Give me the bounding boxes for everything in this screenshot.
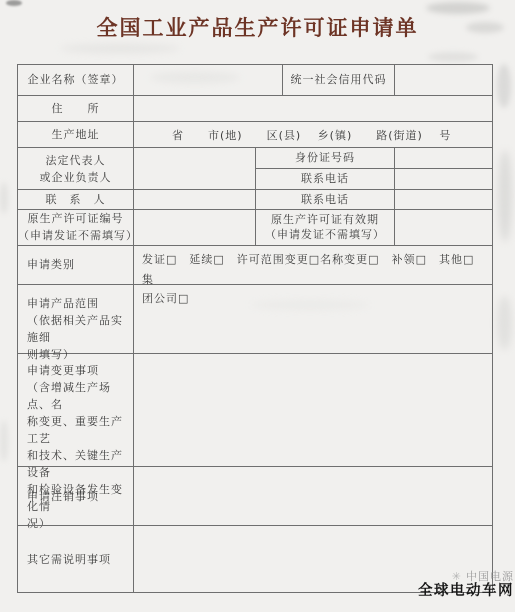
subrow-legal-rep-phone: 联系电话 bbox=[256, 169, 492, 189]
cancellation-items-label: 申请注销事项 bbox=[18, 467, 134, 526]
row-application-type: 申请类别 发证□ 延续□ 许可范围变更□名称变更□ 补领□ 其他□ 集 团公司□ bbox=[18, 246, 492, 285]
contact-person-field bbox=[134, 190, 256, 209]
legal-representative-label: 法定代表人 或企业负责人 bbox=[18, 148, 134, 189]
application-type-options: 发证□ 延续□ 许可范围变更□名称变更□ 补领□ 其他□ 集 团公司□ bbox=[134, 246, 492, 284]
original-license-number-field bbox=[134, 210, 256, 245]
production-address-field: 省 市(地) 区(县) 乡(镇) 路(街道) 号 bbox=[134, 122, 492, 148]
id-number-field bbox=[395, 148, 492, 168]
credit-code-label: 统一社会信用代码 bbox=[283, 65, 395, 95]
scan-artifact bbox=[0, 420, 8, 462]
contact-phone-field bbox=[395, 190, 492, 209]
row-production-address: 生产地址 省 市(地) 区(县) 乡(镇) 路(街道) 号 bbox=[18, 122, 492, 149]
product-scope-label: 申请产品范围 （依据相关产品实施细 则填写） bbox=[18, 285, 134, 353]
company-name-field bbox=[134, 65, 283, 95]
application-type-label: 申请类别 bbox=[18, 246, 134, 284]
scan-artifact bbox=[0, 182, 8, 214]
original-license-validity-field bbox=[395, 210, 492, 245]
contact-phone-label: 联系电话 bbox=[256, 190, 395, 209]
legal-rep-phone-label: 联系电话 bbox=[256, 169, 395, 189]
change-items-label: 申请变更事项 （含增减生产场点、名 称变更、重要生产工艺 和技术、关键生产设备 … bbox=[18, 354, 134, 466]
legal-representative-field bbox=[134, 148, 256, 189]
row-product-scope: 申请产品范围 （依据相关产品实施细 则填写） bbox=[18, 285, 492, 354]
watermark-brand-line: ✳中国电源 bbox=[418, 570, 514, 583]
row-legal-representative: 法定代表人 或企业负责人 身份证号码 联系电话 bbox=[18, 148, 492, 190]
other-notes-label: 其它需说明事项 bbox=[18, 526, 134, 592]
form-title: 全国工业产品生产许可证申请单 bbox=[0, 12, 515, 42]
original-license-number-label: 原生产许可证编号 （申请发证不需填写） bbox=[18, 210, 134, 245]
company-name-label: 企业名称（签章） bbox=[18, 65, 134, 95]
application-form-table: 企业名称（签章） 统一社会信用代码 住 所 生产地址 省 市(地) 区(县) 乡… bbox=[17, 64, 493, 593]
legal-rep-phone-field bbox=[395, 169, 492, 189]
watermark: ✳中国电源 全球电动车网 bbox=[418, 570, 514, 601]
change-items-field bbox=[134, 354, 492, 466]
residence-field bbox=[134, 96, 492, 121]
product-scope-field bbox=[134, 285, 492, 353]
scan-artifact bbox=[498, 150, 512, 242]
row-original-license: 原生产许可证编号 （申请发证不需填写） 原生产许可证有效期 （申请发证不需填写） bbox=[18, 210, 492, 246]
row-change-items: 申请变更事项 （含增减生产场点、名 称变更、重要生产工艺 和技术、关键生产设备 … bbox=[18, 354, 492, 467]
row-residence: 住 所 bbox=[18, 96, 492, 122]
id-number-label: 身份证号码 bbox=[256, 148, 395, 168]
row-contact-person: 联 系 人 联系电话 bbox=[18, 190, 492, 210]
scan-artifact bbox=[60, 44, 180, 53]
china-power-logo-icon: ✳ bbox=[452, 570, 462, 583]
watermark-site-text: 全球电动车网 bbox=[418, 583, 514, 600]
scanned-form-page: 全国工业产品生产许可证申请单 企业名称（签章） 统一社会信用代码 住 所 生产地… bbox=[0, 0, 515, 612]
scan-artifact bbox=[497, 296, 512, 350]
contact-person-label: 联 系 人 bbox=[18, 190, 134, 209]
production-address-label: 生产地址 bbox=[18, 122, 134, 148]
row-cancellation-items: 申请注销事项 bbox=[18, 467, 492, 527]
row-company-name: 企业名称（签章） 统一社会信用代码 bbox=[18, 65, 492, 96]
credit-code-field bbox=[395, 65, 492, 95]
scan-artifact bbox=[6, 0, 22, 6]
watermark-brand-text: 中国电源 bbox=[466, 570, 514, 583]
scan-artifact bbox=[428, 52, 478, 62]
original-license-validity-label: 原生产许可证有效期 （申请发证不需填写） bbox=[256, 210, 395, 245]
residence-label: 住 所 bbox=[18, 96, 134, 121]
subrow-id-number: 身份证号码 bbox=[256, 148, 492, 169]
cancellation-items-field bbox=[134, 467, 492, 526]
scan-artifact bbox=[497, 64, 511, 108]
